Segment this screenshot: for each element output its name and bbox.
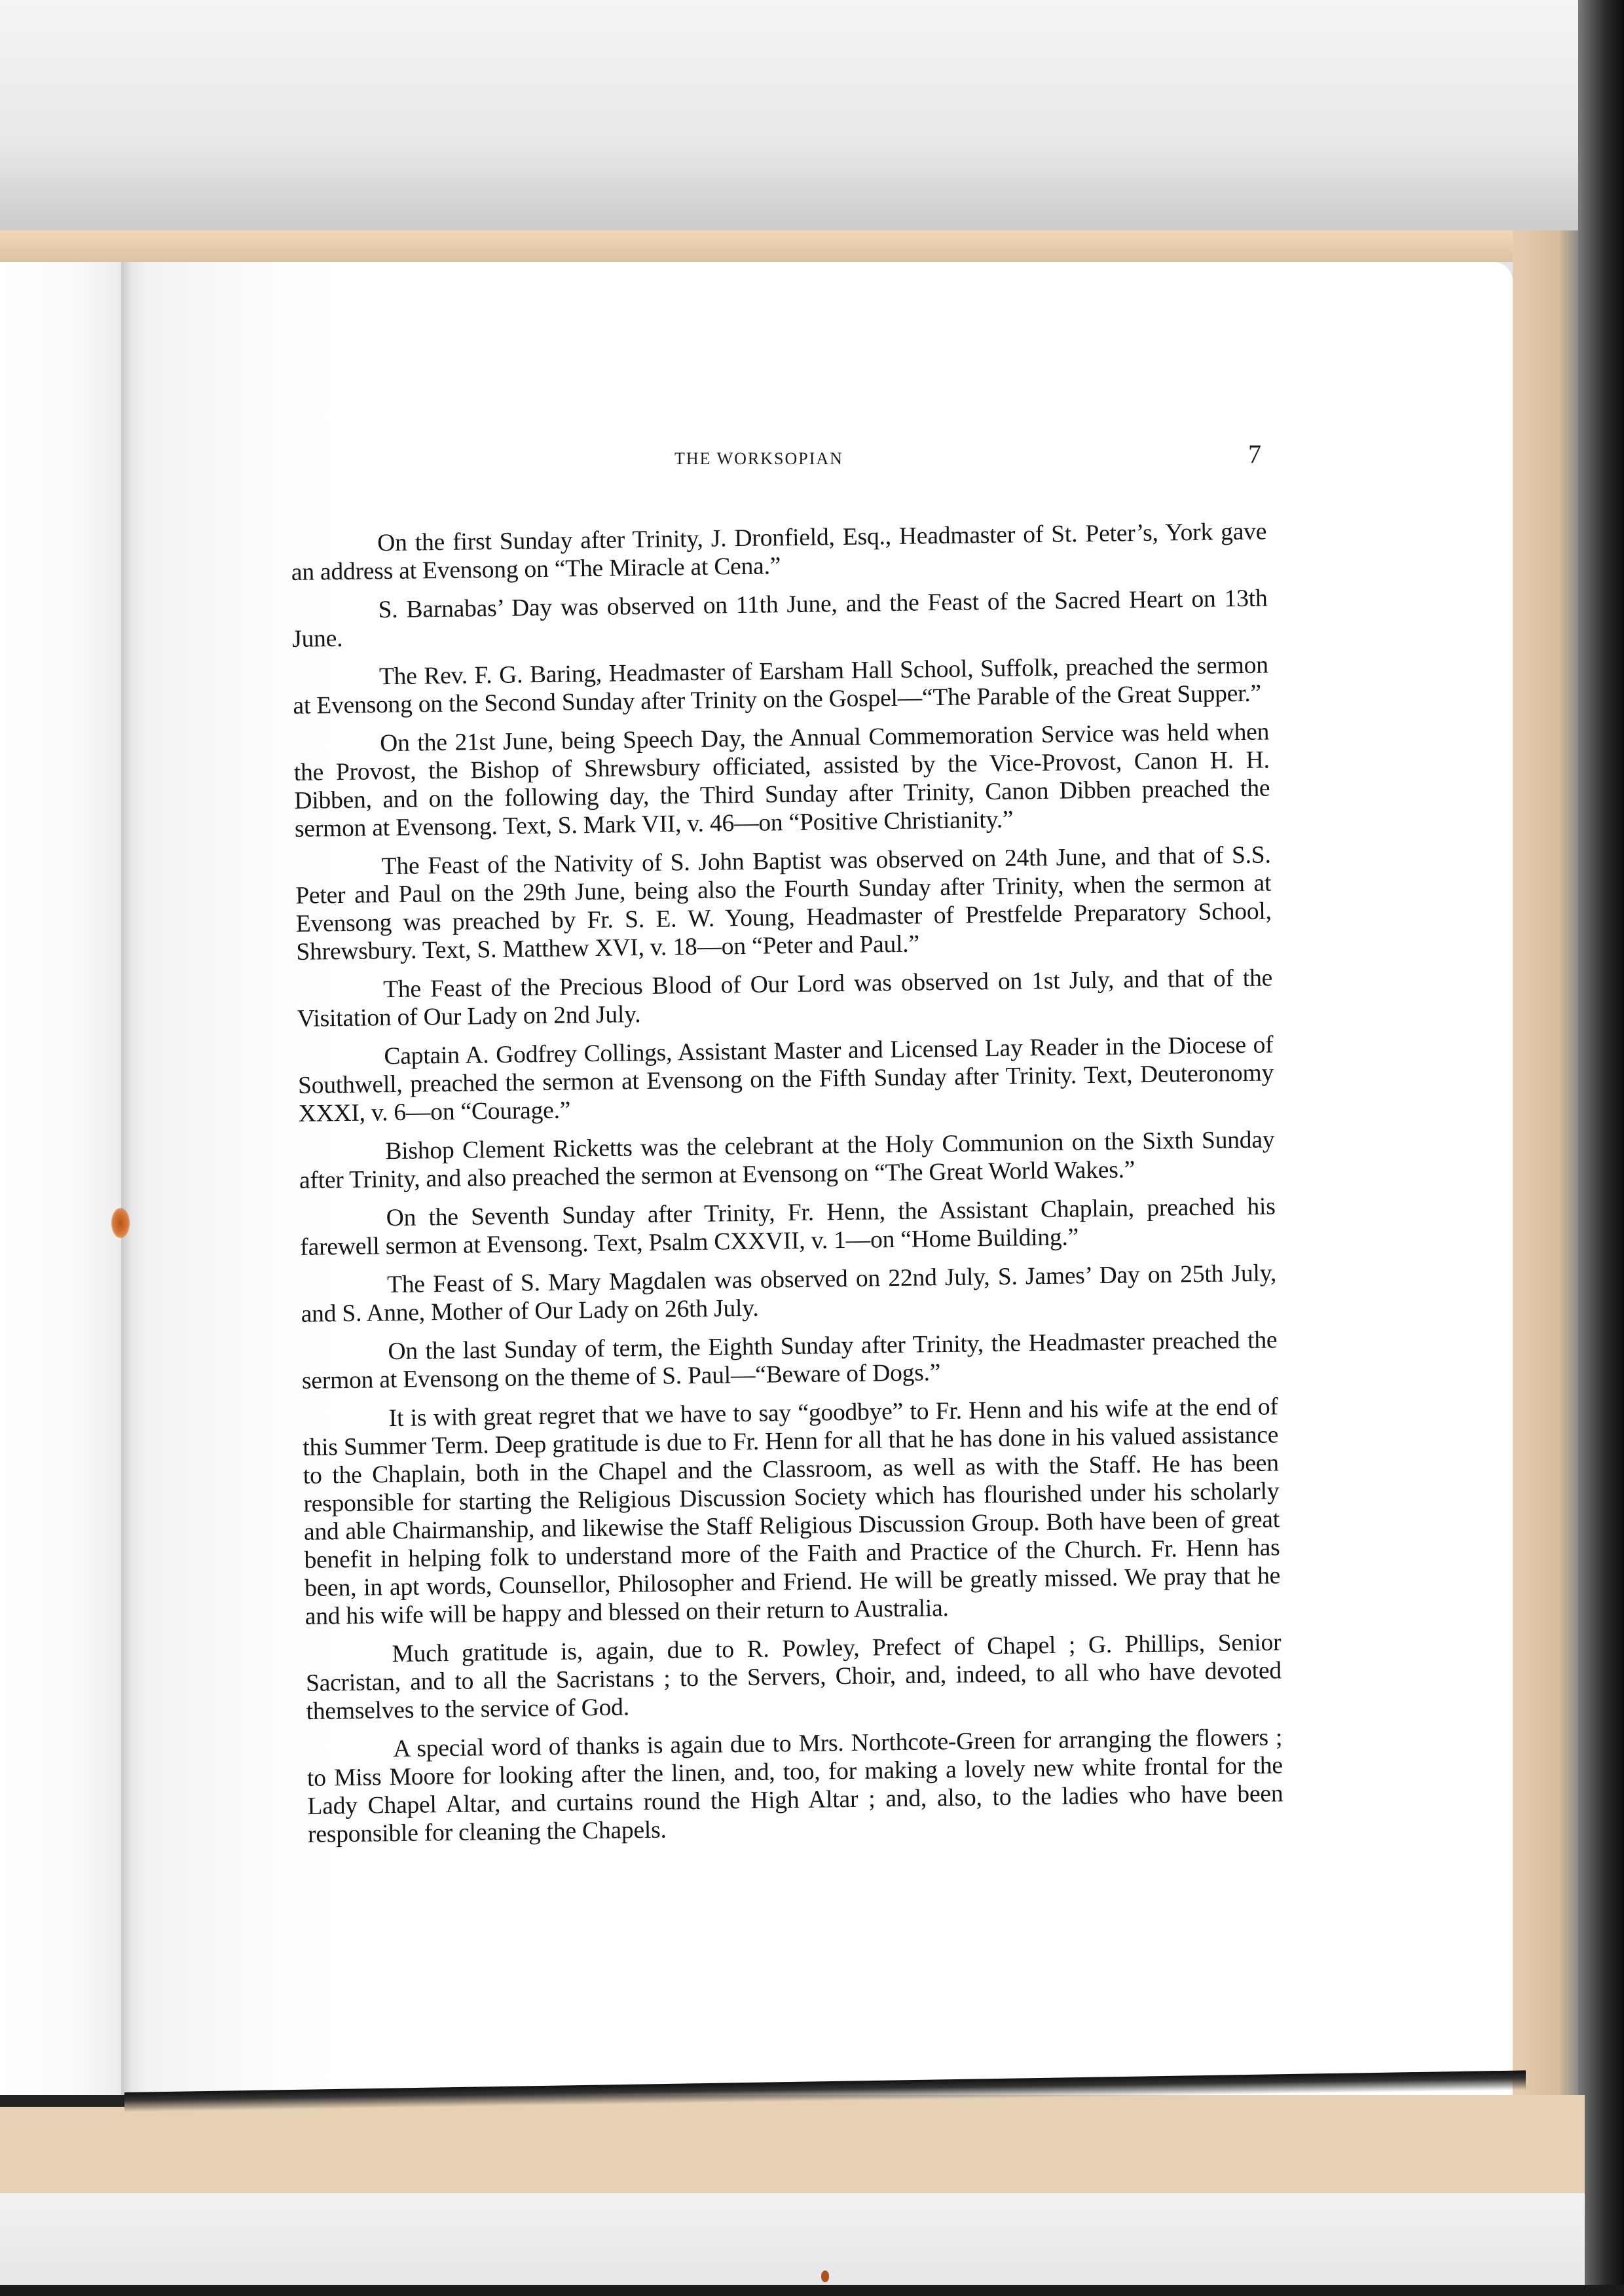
paragraph-baring-sermon: The Rev. F. G. Baring, Headmaster of Ear… [293, 651, 1269, 720]
paragraph-barnabas: S. Barnabas’ Day was observed on 11th Ju… [291, 584, 1268, 653]
facing-page-left [0, 262, 121, 2095]
book-cover-edge-right [1513, 230, 1578, 2109]
paragraph-precious-blood: The Feast of the Precious Blood of Our L… [297, 964, 1273, 1032]
book-gutter [121, 262, 147, 2095]
page-number: 7 [1248, 439, 1261, 469]
book-cover-edge-top [0, 230, 1578, 262]
article-body: On the first Sunday after Trinity, J. Dr… [291, 517, 1283, 1859]
paragraph-bishop-ricketts: Bishop Clement Ricketts was the celebran… [299, 1125, 1275, 1194]
paragraph-gratitude: Much gratitude is, again, due to R. Powl… [305, 1628, 1282, 1725]
paragraph-collings-sermon: Captain A. Godfrey Collings, Assistant M… [297, 1030, 1274, 1127]
paper-stain-mark-bottom [821, 2270, 829, 2282]
paper-stain-mark [111, 1208, 130, 1238]
page-shadow-bottom-left [0, 2095, 124, 2107]
paragraph-special-thanks: A special word of thanks is again due to… [306, 1723, 1283, 1848]
scanner-background-top [0, 0, 1624, 236]
paragraph-mary-magdalen: The Feast of S. Mary Magdalen was observ… [301, 1259, 1277, 1328]
paragraph-trinity-1: On the first Sunday after Trinity, J. Dr… [291, 517, 1267, 586]
paragraph-goodbye-henn: It is with great regret that we have to … [303, 1393, 1281, 1630]
paragraph-john-baptist: The Feast of the Nativity of S. John Bap… [295, 841, 1272, 966]
scanner-shadow-right [1578, 0, 1624, 2296]
paragraph-speech-day: On the 21st June, being Speech Day, the … [293, 718, 1270, 843]
running-header-title: THE WORKSOPIAN [674, 449, 843, 469]
paragraph-henn-farewell-sermon: On the Seventh Sunday after Trinity, Fr.… [299, 1192, 1276, 1261]
scanner-background-bottom [0, 2193, 1585, 2285]
paragraph-last-sunday: On the last Sunday of term, the Eighth S… [301, 1326, 1278, 1394]
scanner-edge-bottom [0, 2285, 1624, 2296]
